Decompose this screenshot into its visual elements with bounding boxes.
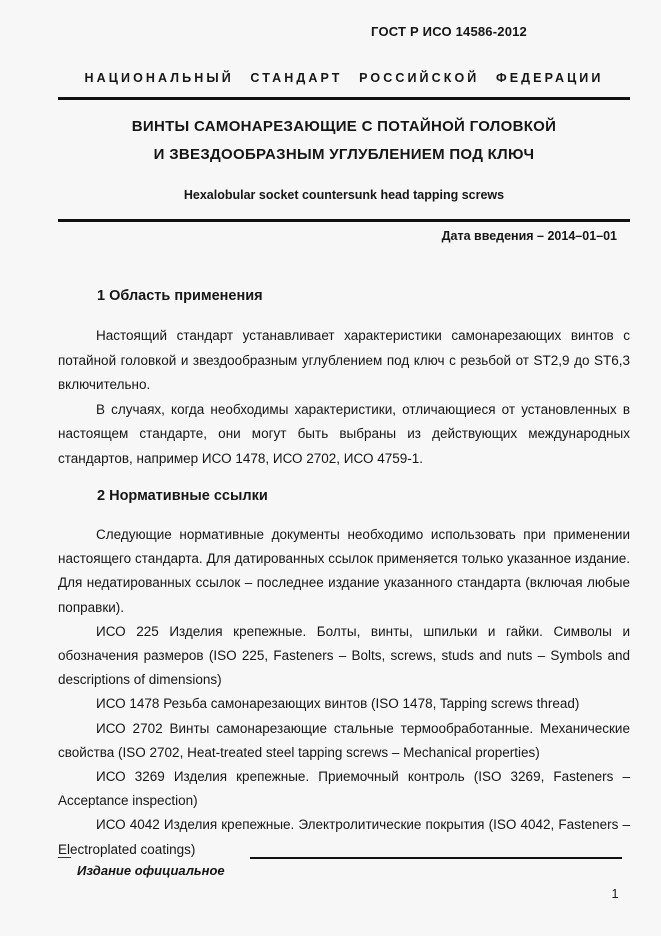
reference-item-iso-2702: ИСО 2702 Винты самонарезающие стальные т… bbox=[58, 717, 630, 765]
reference-item-iso-4042: ИСО 4042 Изделия крепежные. Электролитич… bbox=[58, 813, 630, 861]
paragraph-scope-2: В случаях, когда необходимы характеристи… bbox=[58, 398, 630, 472]
edition-note: Издание официальное bbox=[77, 863, 225, 878]
footnote-marker: — bbox=[58, 849, 71, 864]
national-standard-banner: НАЦИОНАЛЬНЫЙ СТАНДАРТ РОССИЙСКОЙ ФЕДЕРАЦ… bbox=[58, 71, 630, 85]
section-1-body: Настоящий стандарт устанавливает характе… bbox=[58, 324, 630, 472]
reference-item-iso-1478: ИСО 1478 Резьба самонарезающих винтов (I… bbox=[58, 692, 630, 716]
reference-item-iso-225: ИСО 225 Изделия крепежные. Болты, винты,… bbox=[58, 620, 630, 693]
page-number: 1 bbox=[600, 887, 630, 901]
document-page: ГОСТ Р ИСО 14586-2012 НАЦИОНАЛЬНЫЙ СТАНД… bbox=[0, 0, 661, 936]
section-2-body: Следующие нормативные документы необходи… bbox=[58, 523, 630, 862]
effective-date: Дата введения – 2014–01–01 bbox=[58, 229, 617, 243]
document-title-ru: ВИНТЫ САМОНАРЕЗАЮЩИЕ С ПОТАЙНОЙ ГОЛОВКОЙ… bbox=[58, 113, 630, 169]
doc-number: ГОСТ Р ИСО 14586-2012 bbox=[0, 24, 527, 39]
section-1-heading: 1 Область применения bbox=[97, 288, 263, 304]
document-title-ru-line1: ВИНТЫ САМОНАРЕЗАЮЩИЕ С ПОТАЙНОЙ ГОЛОВКОЙ bbox=[58, 113, 630, 141]
document-title-ru-line2: И ЗВЕЗДООБРАЗНЫМ УГЛУБЛЕНИЕМ ПОД КЛЮЧ bbox=[58, 141, 630, 169]
paragraph-scope-1: Настоящий стандарт устанавливает характе… bbox=[58, 324, 630, 398]
footnote-rule bbox=[250, 857, 622, 859]
paragraph-references-intro: Следующие нормативные документы необходи… bbox=[58, 523, 630, 620]
header-rule bbox=[58, 97, 630, 100]
date-rule bbox=[58, 219, 630, 222]
reference-item-iso-3269: ИСО 3269 Изделия крепежные. Приемочный к… bbox=[58, 765, 630, 813]
document-title-en: Hexalobular socket countersunk head tapp… bbox=[58, 188, 630, 202]
section-2-heading: 2 Нормативные ссылки bbox=[97, 488, 268, 504]
